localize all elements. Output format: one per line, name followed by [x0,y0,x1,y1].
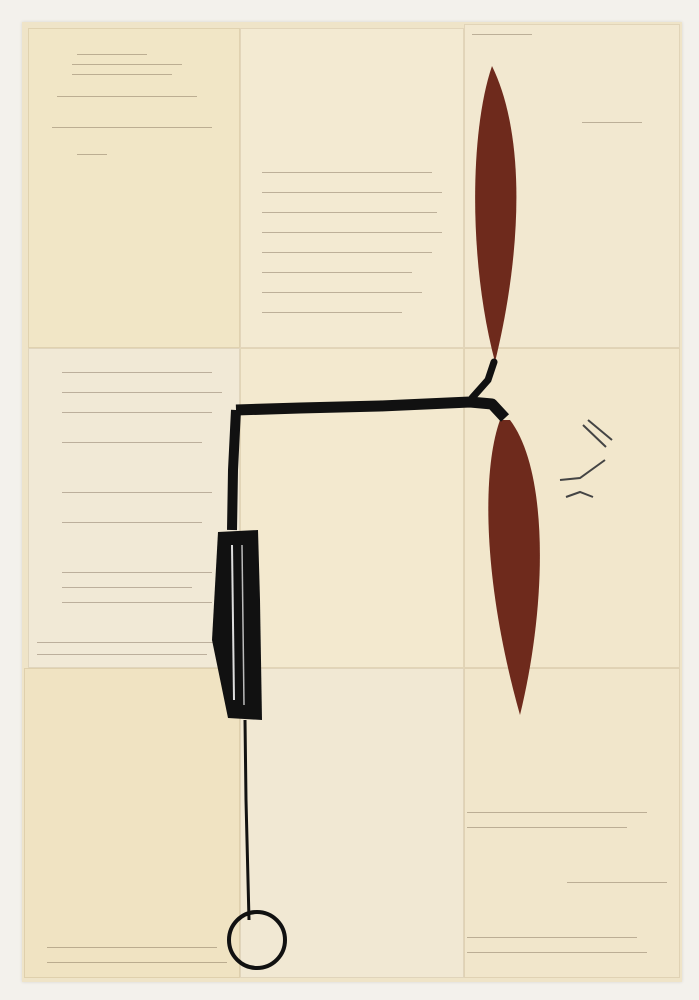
ink-marks [560,420,612,497]
mount-background [0,0,699,1000]
black-block [212,530,262,720]
black-stem [472,362,494,398]
black-circle [229,912,285,968]
black-vertical-bar [232,410,236,530]
ink-drawing [0,0,699,1000]
red-leaf-upper [475,66,516,362]
black-thin-line [245,720,249,920]
red-leaf-lower [488,420,540,715]
black-horizontal-bar [236,402,505,418]
